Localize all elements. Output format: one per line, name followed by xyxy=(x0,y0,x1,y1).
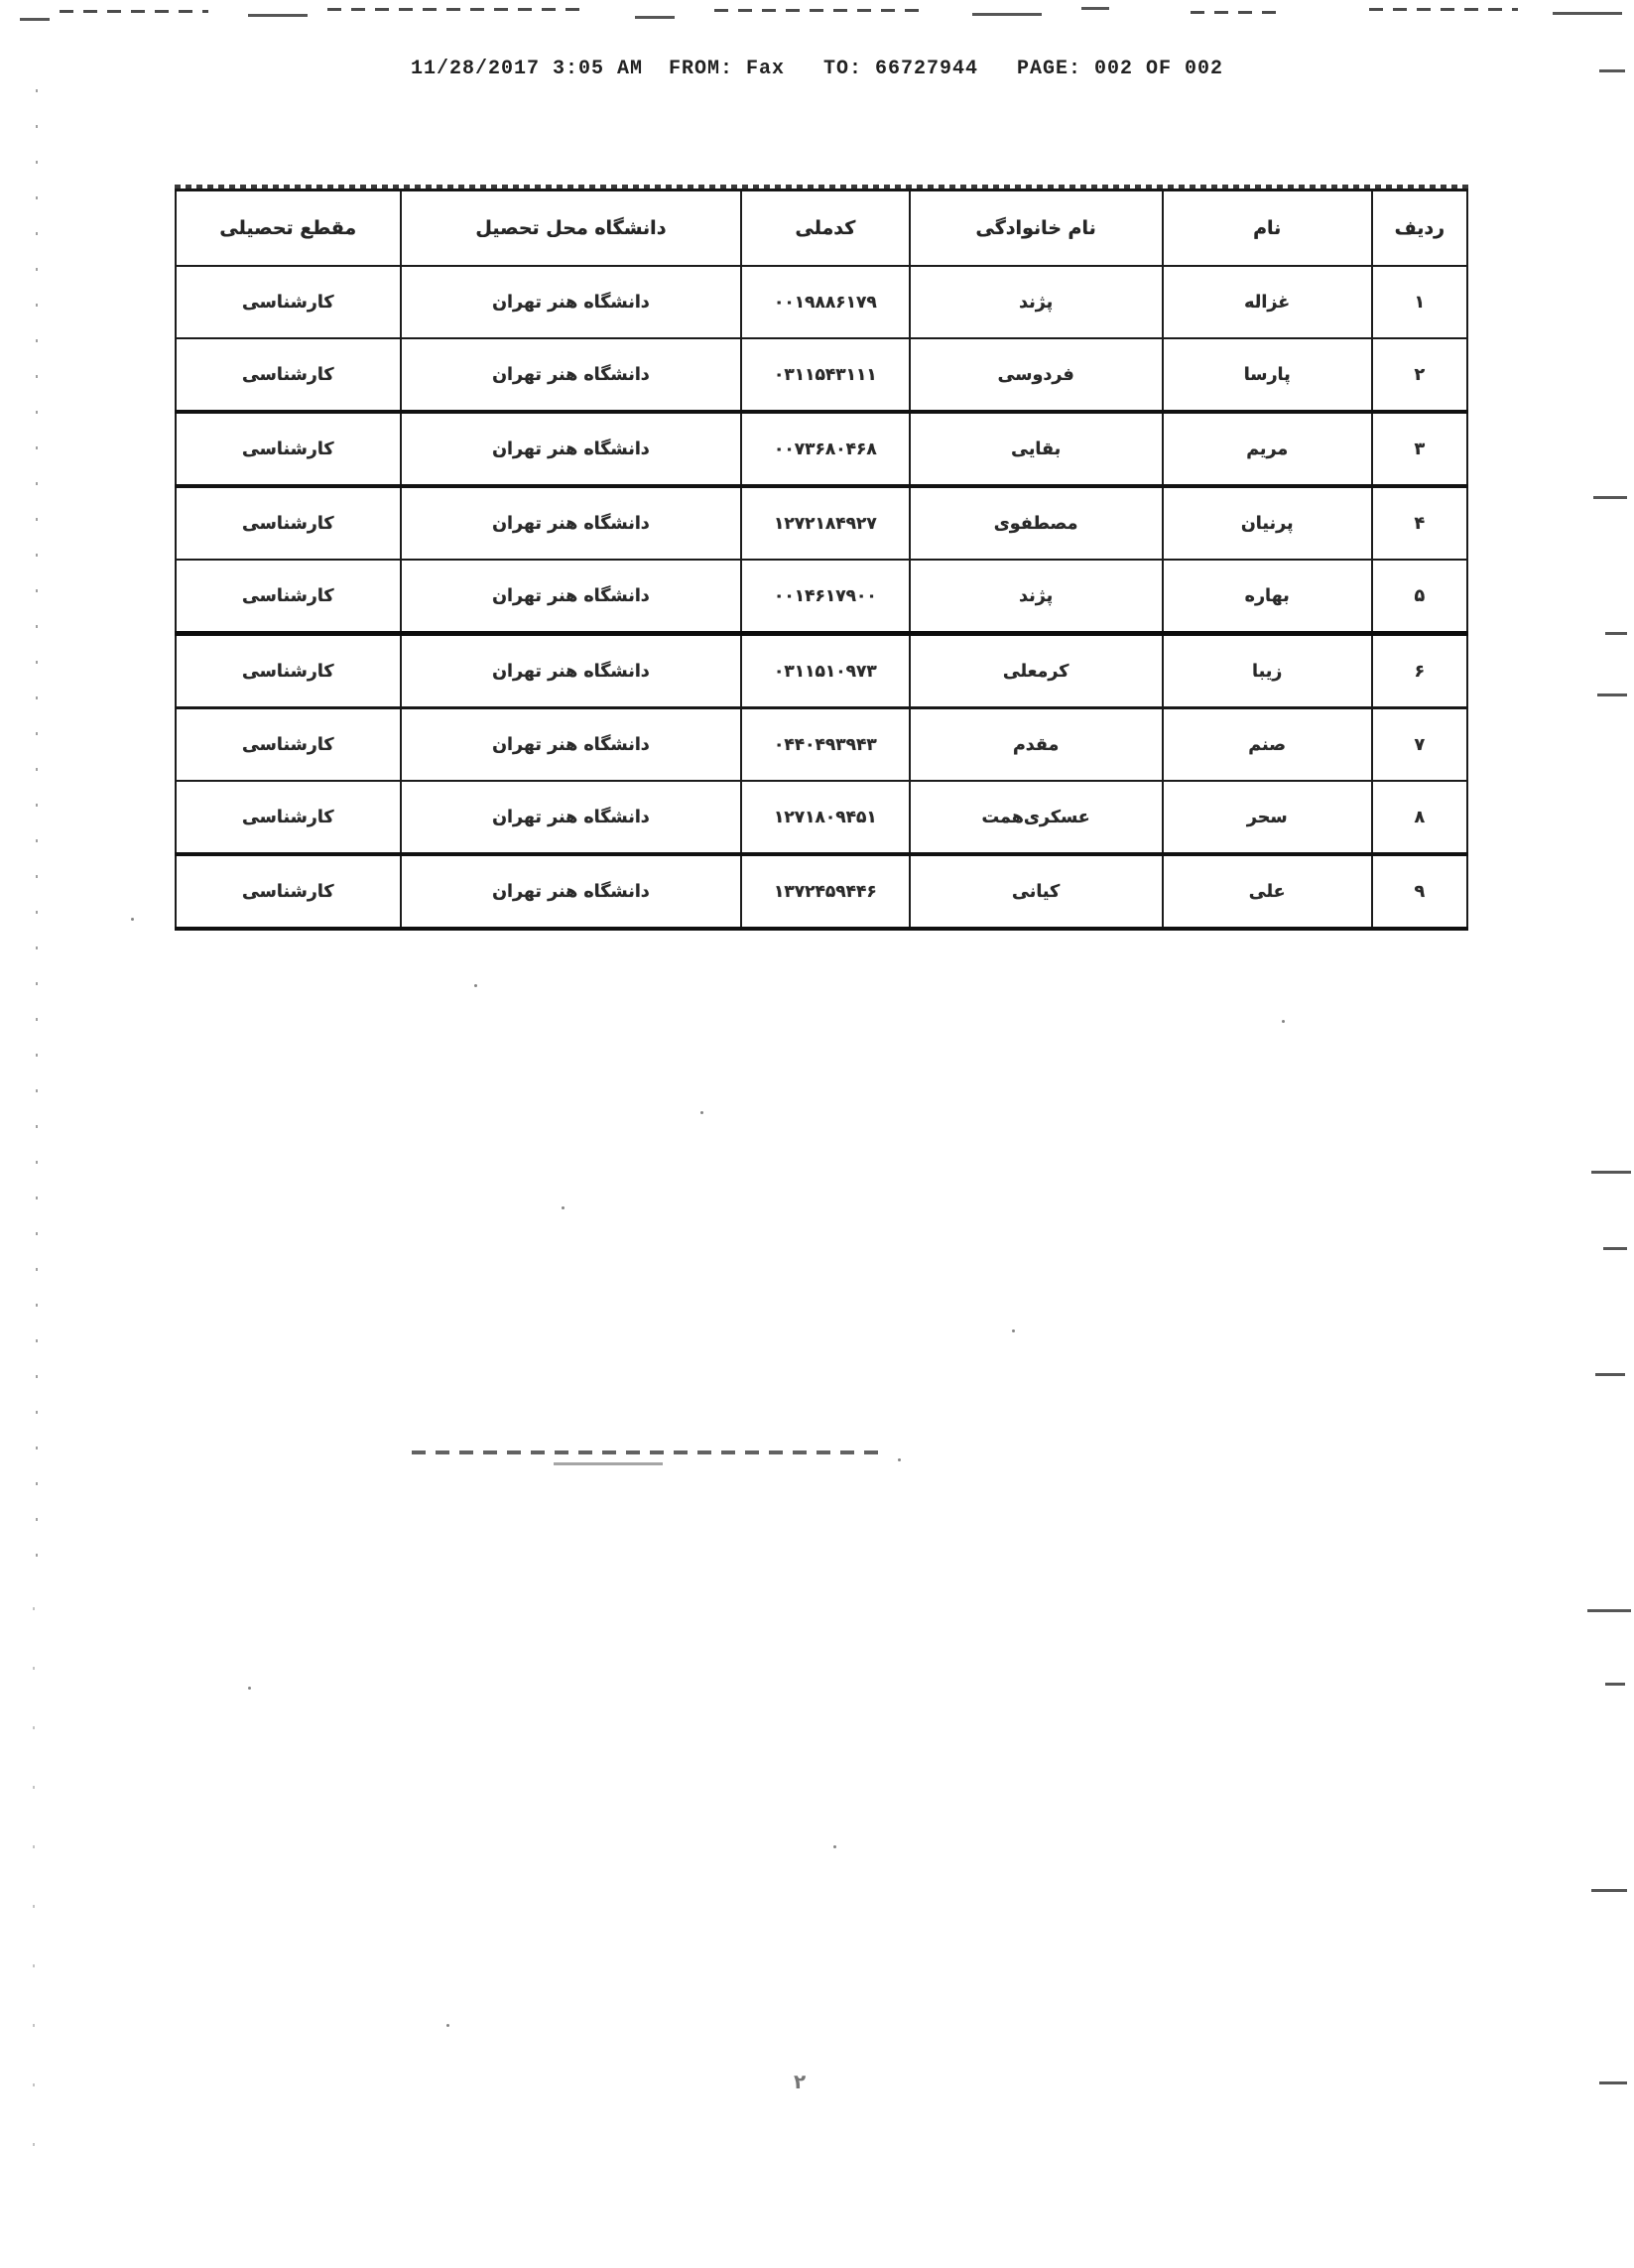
cell-university: دانشگاه هنر تهران xyxy=(401,708,742,782)
noise-mark xyxy=(60,10,208,13)
cell-first-name: صنم xyxy=(1163,708,1372,782)
noise-mark xyxy=(1595,1373,1625,1376)
cell-degree: کارشناسی xyxy=(176,634,401,708)
cell-university: دانشگاه هنر تهران xyxy=(401,854,742,929)
cell-radif: ۵ xyxy=(1372,560,1467,634)
noise-mark xyxy=(714,9,923,12)
table-header-row: ردیف نام نام خانوادگی کدملی دانشگاه محل … xyxy=(176,190,1467,267)
cell-degree: کارشناسی xyxy=(176,781,401,854)
column-header-degree: مقطع تحصیلی xyxy=(176,190,401,267)
cell-first-name: بهاره xyxy=(1163,560,1372,634)
table-row: ۱ غزاله پژند ۰۰۱۹۸۸۶۱۷۹ دانشگاه هنر تهرا… xyxy=(176,266,1467,338)
cell-university: دانشگاه هنر تهران xyxy=(401,338,742,412)
noise-mark xyxy=(1605,1683,1625,1686)
cell-family-name: پژند xyxy=(910,266,1163,338)
cell-first-name: مریم xyxy=(1163,412,1372,486)
noise-mark xyxy=(1599,2081,1627,2084)
column-header-first-name: نام xyxy=(1163,190,1372,267)
cell-first-name: غزاله xyxy=(1163,266,1372,338)
cell-national-code: ۰۰۷۳۶۸۰۴۶۸ xyxy=(741,412,909,486)
cell-first-name: زیبا xyxy=(1163,634,1372,708)
cell-degree: کارشناسی xyxy=(176,854,401,929)
cell-family-name: بقایی xyxy=(910,412,1163,486)
cell-family-name: کرمعلی xyxy=(910,634,1163,708)
noise-mark xyxy=(635,16,675,19)
cell-radif: ۱ xyxy=(1372,266,1467,338)
table-row: ۵ بهاره پژند ۰۰۱۴۶۱۷۹۰۰ دانشگاه هنر تهرا… xyxy=(176,560,1467,634)
table-row: ۷ صنم مقدم ۰۴۴۰۴۹۳۹۴۳ دانشگاه هنر تهران … xyxy=(176,708,1467,782)
cell-family-name: پژند xyxy=(910,560,1163,634)
page-number: ۲ xyxy=(794,2070,806,2093)
cell-university: دانشگاه هنر تهران xyxy=(401,634,742,708)
cell-degree: کارشناسی xyxy=(176,338,401,412)
noise-mark xyxy=(1591,1889,1627,1892)
cell-degree: کارشناسی xyxy=(176,486,401,560)
cell-radif: ۸ xyxy=(1372,781,1467,854)
cell-degree: کارشناسی xyxy=(176,708,401,782)
cell-family-name: فردوسی xyxy=(910,338,1163,412)
cell-national-code: ۰۳۱۱۵۱۰۹۷۳ xyxy=(741,634,909,708)
noise-mark xyxy=(554,1462,663,1465)
cell-degree: کارشناسی xyxy=(176,412,401,486)
cell-national-code: ۱۲۷۲۱۸۴۹۲۷ xyxy=(741,486,909,560)
fax-transmission-header: 11/28/2017 3:05 AM FROM: Fax TO: 6672794… xyxy=(0,58,1634,80)
cell-degree: کارشناسی xyxy=(176,266,401,338)
table-row: ۴ پرنیان مصطفوی ۱۲۷۲۱۸۴۹۲۷ دانشگاه هنر ت… xyxy=(176,486,1467,560)
table-body: ۱ غزاله پژند ۰۰۱۹۸۸۶۱۷۹ دانشگاه هنر تهرا… xyxy=(176,266,1467,929)
noise-mark xyxy=(562,1206,565,1209)
cell-family-name: عسکری‌همت xyxy=(910,781,1163,854)
noise-mark xyxy=(1603,1247,1627,1250)
cell-radif: ۲ xyxy=(1372,338,1467,412)
cell-first-name: علی xyxy=(1163,854,1372,929)
cell-national-code: ۱۳۷۲۴۵۹۴۴۶ xyxy=(741,854,909,929)
cell-national-code: ۰۰۱۴۶۱۷۹۰۰ xyxy=(741,560,909,634)
noise-mark xyxy=(1553,12,1622,15)
cell-radif: ۷ xyxy=(1372,708,1467,782)
cell-university: دانشگاه هنر تهران xyxy=(401,781,742,854)
noise-mark xyxy=(1191,11,1280,14)
column-header-university: دانشگاه محل تحصیل xyxy=(401,190,742,267)
scanned-fax-page: { "fax_header": { "line": "11/28/2017 3:… xyxy=(0,0,1634,2268)
student-roster-table: ردیف نام نام خانوادگی کدملی دانشگاه محل … xyxy=(175,189,1468,931)
table-row: ۸ سحر عسکری‌همت ۱۲۷۱۸۰۹۴۵۱ دانشگاه هنر ت… xyxy=(176,781,1467,854)
cell-family-name: مقدم xyxy=(910,708,1163,782)
cell-national-code: ۰۴۴۰۴۹۳۹۴۳ xyxy=(741,708,909,782)
noise-mark xyxy=(446,2024,449,2027)
noise-mark xyxy=(327,8,585,11)
noise-mark xyxy=(33,1607,35,2163)
table-row: ۳ مریم بقایی ۰۰۷۳۶۸۰۴۶۸ دانشگاه هنر تهرا… xyxy=(176,412,1467,486)
noise-mark xyxy=(1597,693,1627,696)
noise-mark xyxy=(1593,496,1627,499)
cell-family-name: مصطفوی xyxy=(910,486,1163,560)
cell-university: دانشگاه هنر تهران xyxy=(401,486,742,560)
column-header-national-code: کدملی xyxy=(741,190,909,267)
noise-mark xyxy=(131,918,134,921)
cell-national-code: ۰۰۱۹۸۸۶۱۷۹ xyxy=(741,266,909,338)
noise-mark xyxy=(1587,1609,1631,1612)
noise-mark xyxy=(898,1458,901,1461)
noise-mark xyxy=(248,1687,251,1690)
noise-mark xyxy=(700,1111,703,1114)
cell-national-code: ۱۲۷۱۸۰۹۴۵۱ xyxy=(741,781,909,854)
cell-first-name: پرنیان xyxy=(1163,486,1372,560)
noise-mark xyxy=(833,1845,836,1848)
noise-mark xyxy=(1369,8,1518,11)
cell-radif: ۳ xyxy=(1372,412,1467,486)
noise-mark xyxy=(1591,1171,1631,1174)
cell-radif: ۴ xyxy=(1372,486,1467,560)
cell-first-name: پارسا xyxy=(1163,338,1372,412)
noise-mark xyxy=(248,14,308,17)
cell-university: دانشگاه هنر تهران xyxy=(401,412,742,486)
noise-mark xyxy=(1282,1020,1285,1023)
noise-mark xyxy=(474,984,477,987)
cell-family-name: کیانی xyxy=(910,854,1163,929)
column-header-family-name: نام خانوادگی xyxy=(910,190,1163,267)
column-header-radif: ردیف xyxy=(1372,190,1467,267)
noise-mark xyxy=(412,1450,888,1454)
cell-radif: ۹ xyxy=(1372,854,1467,929)
cell-university: دانشگاه هنر تهران xyxy=(401,266,742,338)
cell-degree: کارشناسی xyxy=(176,560,401,634)
noise-mark xyxy=(1605,632,1627,635)
noise-mark xyxy=(36,89,38,1558)
table-row: ۲ پارسا فردوسی ۰۳۱۱۵۴۳۱۱۱ دانشگاه هنر ته… xyxy=(176,338,1467,412)
cell-national-code: ۰۳۱۱۵۴۳۱۱۱ xyxy=(741,338,909,412)
cell-radif: ۶ xyxy=(1372,634,1467,708)
table-row: ۶ زیبا کرمعلی ۰۳۱۱۵۱۰۹۷۳ دانشگاه هنر تهر… xyxy=(176,634,1467,708)
cell-university: دانشگاه هنر تهران xyxy=(401,560,742,634)
noise-mark xyxy=(20,18,50,21)
noise-mark xyxy=(972,13,1042,16)
noise-mark xyxy=(1012,1329,1015,1332)
noise-mark xyxy=(1081,7,1109,10)
cell-first-name: سحر xyxy=(1163,781,1372,854)
table-row: ۹ علی کیانی ۱۳۷۲۴۵۹۴۴۶ دانشگاه هنر تهران… xyxy=(176,854,1467,929)
